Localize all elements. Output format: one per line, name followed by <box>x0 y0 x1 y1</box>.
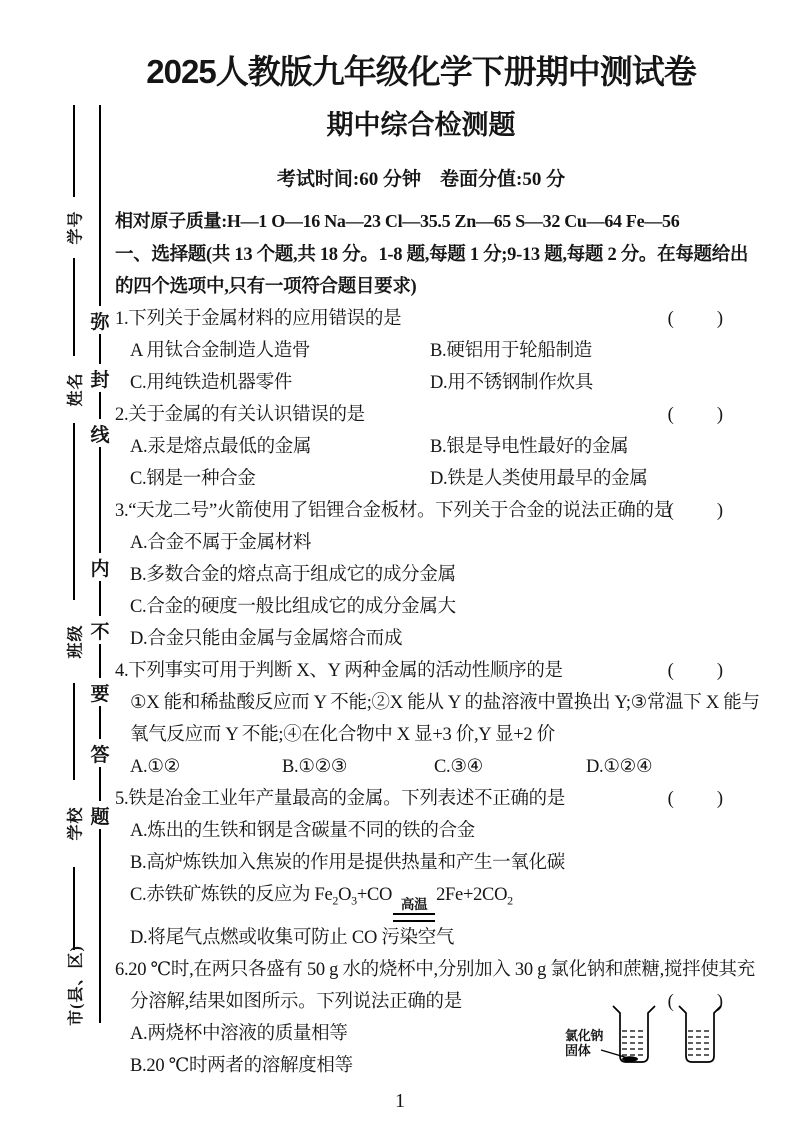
seal-line-char: 要 <box>91 678 110 706</box>
option-list: A.汞是熔点最低的金属B.银是导电性最好的金属C.钢是一种合金D.铁是人类使用最… <box>115 431 727 495</box>
option-A: A.汞是熔点最低的金属 <box>115 431 415 463</box>
option-C: C.赤铁矿炼铁的反应为 Fe2O3+CO高温2Fe+2CO2 <box>115 879 727 922</box>
option-list: A.炼出的生铁和钢是含碳量不同的铁的合金B.高炉炼铁加入焦炭的作用是提供热量和产… <box>115 815 727 954</box>
question-stem-text: 6.20 ℃时,在两只各盛有 50 g 水的烧杯中,分别加入 30 g 氯化钠和… <box>115 960 755 980</box>
condition-text: 高温 <box>401 898 427 912</box>
seal-line-char: 不 <box>91 616 110 644</box>
option-list: A 用钛合金制造人造骨B.硬铝用于轮船制造C.用纯铁造机器零件D.用不锈钢制作炊… <box>115 335 727 399</box>
question-6: 6.20 ℃时,在两只各盛有 50 g 水的烧杯中,分别加入 30 g 氯化钠和… <box>115 954 727 1082</box>
margin-line-segment <box>73 423 75 600</box>
question-stem-text: 分溶解,结果如图所示。下列说法正确的是 <box>130 992 462 1012</box>
answer-bracket: ( ) <box>668 495 725 527</box>
option-D: D.合金只能由金属与金属熔合而成 <box>115 623 727 655</box>
section-heading-line-1: 一、选择题(共 13 个题,共 18 分。1-8 题,每题 1 分;9-13 题… <box>115 239 727 271</box>
student-number-label: 学号 <box>57 197 91 258</box>
formula-subscript: 2 <box>507 894 513 908</box>
rotated-label-text: 市(县、区) <box>63 945 86 1026</box>
option-C: C.③④ <box>419 751 571 783</box>
question-2: 2.关于金属的有关认识错误的是( )A.汞是熔点最低的金属B.银是导电性最好的金… <box>115 399 727 495</box>
rotated-label-text: 班级 <box>63 624 86 658</box>
option-D: D.用不锈钢制作炊具 <box>415 367 727 399</box>
answer-bracket: ( ) <box>668 399 725 431</box>
option-D: D.①②④ <box>571 751 727 783</box>
seal-line-char: 弥 <box>91 306 110 334</box>
question-stem-text: 1.下列关于金属材料的应用错误的是 <box>115 309 401 329</box>
margin-line-segment <box>73 105 75 197</box>
question-stem-line: 5.铁是冶金工业年产量最高的金属。下列表述不正确的是( ) <box>115 783 727 815</box>
solid-residue <box>622 1056 638 1061</box>
answer-bracket: ( ) <box>668 783 725 815</box>
seal-line-segment <box>99 581 101 616</box>
seal-line-char: 封 <box>91 364 110 392</box>
formula-text: 2Fe+2CO <box>436 885 507 905</box>
page-number: 1 <box>0 1090 800 1113</box>
exam-info: 考试时间:60 分钟 卷面分值:50 分 <box>115 168 727 192</box>
formula-text: +CO <box>357 885 392 905</box>
option-A: A.①② <box>115 751 267 783</box>
answer-bracket: ( ) <box>668 655 725 687</box>
margin-line-segment <box>73 258 75 356</box>
label-pointer-line <box>601 1050 628 1058</box>
question-stem-line: 2.关于金属的有关认识错误的是( ) <box>115 399 727 431</box>
exam-paper-page: 学号姓名班级学校市(县、区) 弥封线内不要答题 2025人教版九年级化学下册期中… <box>0 0 800 1131</box>
option-B: B.多数合金的熔点高于组成它的成分金属 <box>115 559 727 591</box>
question-5: 5.铁是冶金工业年产量最高的金属。下列表述不正确的是( )A.炼出的生铁和钢是含… <box>115 783 727 954</box>
name-label: 姓名 <box>57 356 91 423</box>
option-A: A 用钛合金制造人造骨 <box>115 335 415 367</box>
class-label: 班级 <box>57 600 91 683</box>
question-stem-text: 5.铁是冶金工业年产量最高的金属。下列表述不正确的是 <box>115 789 565 809</box>
answer-bracket: ( ) <box>668 303 725 335</box>
question-stem-text: 4.下列事实可用于判断 X、Y 两种金属的活动性顺序的是 <box>115 661 563 681</box>
option-B: B.①②③ <box>267 751 419 783</box>
question-1: 1.下列关于金属材料的应用错误的是( )A 用钛合金制造人造骨B.硬铝用于轮船制… <box>115 303 727 399</box>
paper-content: 2025人教版九年级化学下册期中测试卷 期中综合检测题 考试时间:60 分钟 卷… <box>115 52 727 1082</box>
seal-line-char: 线 <box>91 419 110 447</box>
reaction-condition: 高温 <box>393 898 435 922</box>
beaker-outline <box>613 1006 655 1062</box>
seal-line-segment <box>99 334 101 364</box>
option-C: C.合金的硬度一般比组成它的成分金属大 <box>115 591 727 623</box>
option-C: C.用纯铁造机器零件 <box>115 367 415 399</box>
seal-line-segment <box>99 644 101 678</box>
question-body-line: ①X 能和稀盐酸反应而 Y 不能;②X 能从 Y 的盐溶液中置换出 Y;③常温下… <box>115 687 727 719</box>
beakers-figure: 氯化钠固体 <box>565 1004 727 1078</box>
question-stem-line: 4.下列事实可用于判断 X、Y 两种金属的活动性顺序的是( ) <box>115 655 727 687</box>
option-B: B.硬铝用于轮船制造 <box>415 335 727 367</box>
formula-text: O <box>338 885 351 905</box>
option-D: D.铁是人类使用最早的金属 <box>415 463 727 495</box>
question-stem-line: 1.下列关于金属材料的应用错误的是( ) <box>115 303 727 335</box>
question-list: 1.下列关于金属材料的应用错误的是( )A 用钛合金制造人造骨B.硬铝用于轮船制… <box>115 303 727 1082</box>
question-4: 4.下列事实可用于判断 X、Y 两种金属的活动性顺序的是( )①X 能和稀盐酸反… <box>115 655 727 783</box>
figure-label-line: 氯化钠 <box>565 1028 603 1043</box>
formula-text: C.赤铁矿炼铁的反应为 Fe <box>130 885 332 905</box>
option-B: B.高炉炼铁加入焦炭的作用是提供热量和产生一氧化碳 <box>115 847 727 879</box>
figure-label-line: 固体 <box>565 1043 603 1058</box>
question-stem-line: 6.20 ℃时,在两只各盛有 50 g 水的烧杯中,分别加入 30 g 氯化钠和… <box>115 954 727 986</box>
option-C: C.钢是一种合金 <box>115 463 415 495</box>
seal-line-segment <box>99 392 101 419</box>
seal-line-segment <box>99 767 101 801</box>
seal-line-char: 答 <box>91 739 110 767</box>
seal-line-segment <box>99 829 101 1023</box>
sodium-chloride-solid-label: 氯化钠固体 <box>565 1028 603 1058</box>
beaker-outline <box>679 1006 721 1062</box>
seal-line-segment <box>99 105 101 306</box>
seal-line: 弥封线内不要答题 <box>91 105 109 1023</box>
seal-line-segment <box>99 447 101 553</box>
option-list: A.①②B.①②③C.③④D.①②④ <box>115 751 727 783</box>
question-stem-text: 3.“天龙二号”火箭使用了铝锂合金板材。下列关于合金的说法正确的是 <box>115 501 672 521</box>
option-D: D.将尾气点燃或收集可防止 CO 污染空气 <box>115 922 727 954</box>
paper-subtitle: 期中综合检测题 <box>115 108 727 142</box>
question-stem-text: 2.关于金属的有关认识错误的是 <box>115 405 365 425</box>
section-heading: 一、选择题(共 13 个题,共 18 分。1-8 题,每题 1 分;9-13 题… <box>115 239 727 303</box>
rotated-label-text: 学号 <box>63 210 86 244</box>
question-body-line: 氧气反应而 Y 不能;④在化合物中 X 显+3 价,Y 显+2 价 <box>115 719 727 751</box>
seal-line-char: 内 <box>91 553 110 581</box>
section-heading-line-2: 的四个选项中,只有一项符合题目要求) <box>115 271 727 303</box>
school-label: 学校 <box>57 780 91 867</box>
margin-field-line: 学号姓名班级学校市(县、区) <box>64 105 84 1020</box>
option-list: A.合金不属于金属材料B.多数合金的熔点高于组成它的成分金属C.合金的硬度一般比… <box>115 527 727 655</box>
question-stem-line: 3.“天龙二号”火箭使用了铝锂合金板材。下列关于合金的说法正确的是( ) <box>115 495 727 527</box>
seal-line-char: 题 <box>91 801 110 829</box>
option-A: A.炼出的生铁和钢是含碳量不同的铁的合金 <box>115 815 727 847</box>
rotated-label-text: 学校 <box>63 806 86 840</box>
option-A: A.合金不属于金属材料 <box>115 527 727 559</box>
double-equals-sign <box>393 913 435 922</box>
question-3: 3.“天龙二号”火箭使用了铝锂合金板材。下列关于合金的说法正确的是( )A.合金… <box>115 495 727 655</box>
rotated-label-text: 姓名 <box>63 372 86 406</box>
option-B: B.银是导电性最好的金属 <box>415 431 727 463</box>
margin-line-segment <box>73 867 75 950</box>
atomic-masses: 相对原子质量:H—1 O—16 Na—23 Cl—35.5 Zn—65 S—32… <box>115 208 727 234</box>
margin-line-segment <box>73 683 75 780</box>
paper-title: 2025人教版九年级化学下册期中测试卷 <box>115 52 727 92</box>
seal-line-segment <box>99 706 101 739</box>
